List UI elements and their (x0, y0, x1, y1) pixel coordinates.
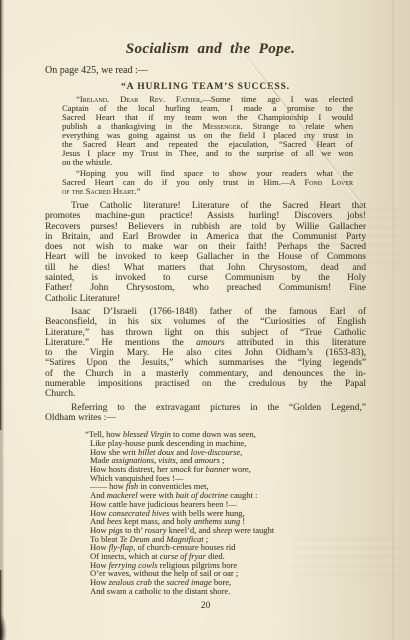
running-title: Socialism and the Pope. (45, 40, 376, 58)
scan-left-edge-fade (0, 430, 4, 570)
text-line: in Britain, and Earl Browder in America … (45, 232, 366, 242)
commentary-paragraph: Isaac D’Israeli (1766-1848) father of th… (45, 307, 366, 400)
text-line: of the Sacred Heart.” (62, 187, 353, 196)
text-line: Beaconsfield, in his six volumes of the … (45, 317, 366, 327)
verse-quotation: “Tell, how blessed Virgin to come down w… (90, 430, 375, 595)
text-line: promotes machine-gun practice! Assists h… (45, 211, 366, 221)
letter-quotation: “Ireland. Dear Rev. Father,—Some time ag… (62, 95, 353, 196)
text-line: True Catholic literature! Literature of … (45, 201, 366, 211)
text-line: to the Virgin Mary. He also cites John O… (45, 348, 366, 358)
text-line: till he dies! What matters that John Chr… (45, 263, 366, 273)
text-line: sainted, is invoked to curse Communism b… (45, 273, 366, 283)
text-line: Recovers purses! Believers in rubbish ar… (45, 222, 366, 232)
scan-corner-mark (0, 612, 7, 640)
text-line: And swam a catholic to the distant shore… (90, 587, 375, 596)
text-line: “Satires Upon the Jesuits,” which summar… (45, 358, 366, 368)
text-line: does not wish to make war on their faith… (45, 242, 366, 252)
page-number: 20 (45, 601, 366, 612)
letter-paragraph: “Ireland. Dear Rev. Father,—Some time ag… (62, 95, 353, 167)
letter-paragraph: “Hoping you will find space to show your… (62, 169, 353, 196)
text-line: Literature.” He mentions the amours attr… (45, 338, 366, 348)
text-line: Isaac D’Israeli (1766-1848) father of th… (45, 307, 366, 317)
text-line: Catholic Literature! (45, 294, 366, 304)
text-line: numerable impositions practised on the c… (45, 379, 366, 389)
book-page-scan: Socialism and the Pope. On page 425, we … (0, 0, 410, 640)
text-line: Father! John Chrysostom, who preached Co… (45, 283, 366, 293)
commentary-section: True Catholic literature! Literature of … (45, 201, 366, 423)
text-line: Literature,” has thrown light on this su… (45, 328, 366, 338)
text-line: of the Church in a masterly commentary, … (45, 369, 366, 379)
letter-heading: “A HURLING TEAM’S SUCCESS. (45, 82, 366, 93)
text-line: Referring to the extravagant pictures in… (45, 403, 366, 413)
text-line: Oldham writes :— (45, 413, 366, 423)
paper-crease-vertical (392, 0, 394, 640)
commentary-paragraph: True Catholic literature! Literature of … (45, 201, 366, 304)
text-line: Church. (45, 389, 366, 399)
commentary-paragraph: Referring to the extravagant pictures in… (45, 403, 366, 424)
opening-line: On page 425, we read :— (45, 65, 366, 77)
text-line: on the whistle. (62, 158, 353, 167)
text-line: Heart will be invoked to keep Gallacher … (45, 252, 366, 262)
